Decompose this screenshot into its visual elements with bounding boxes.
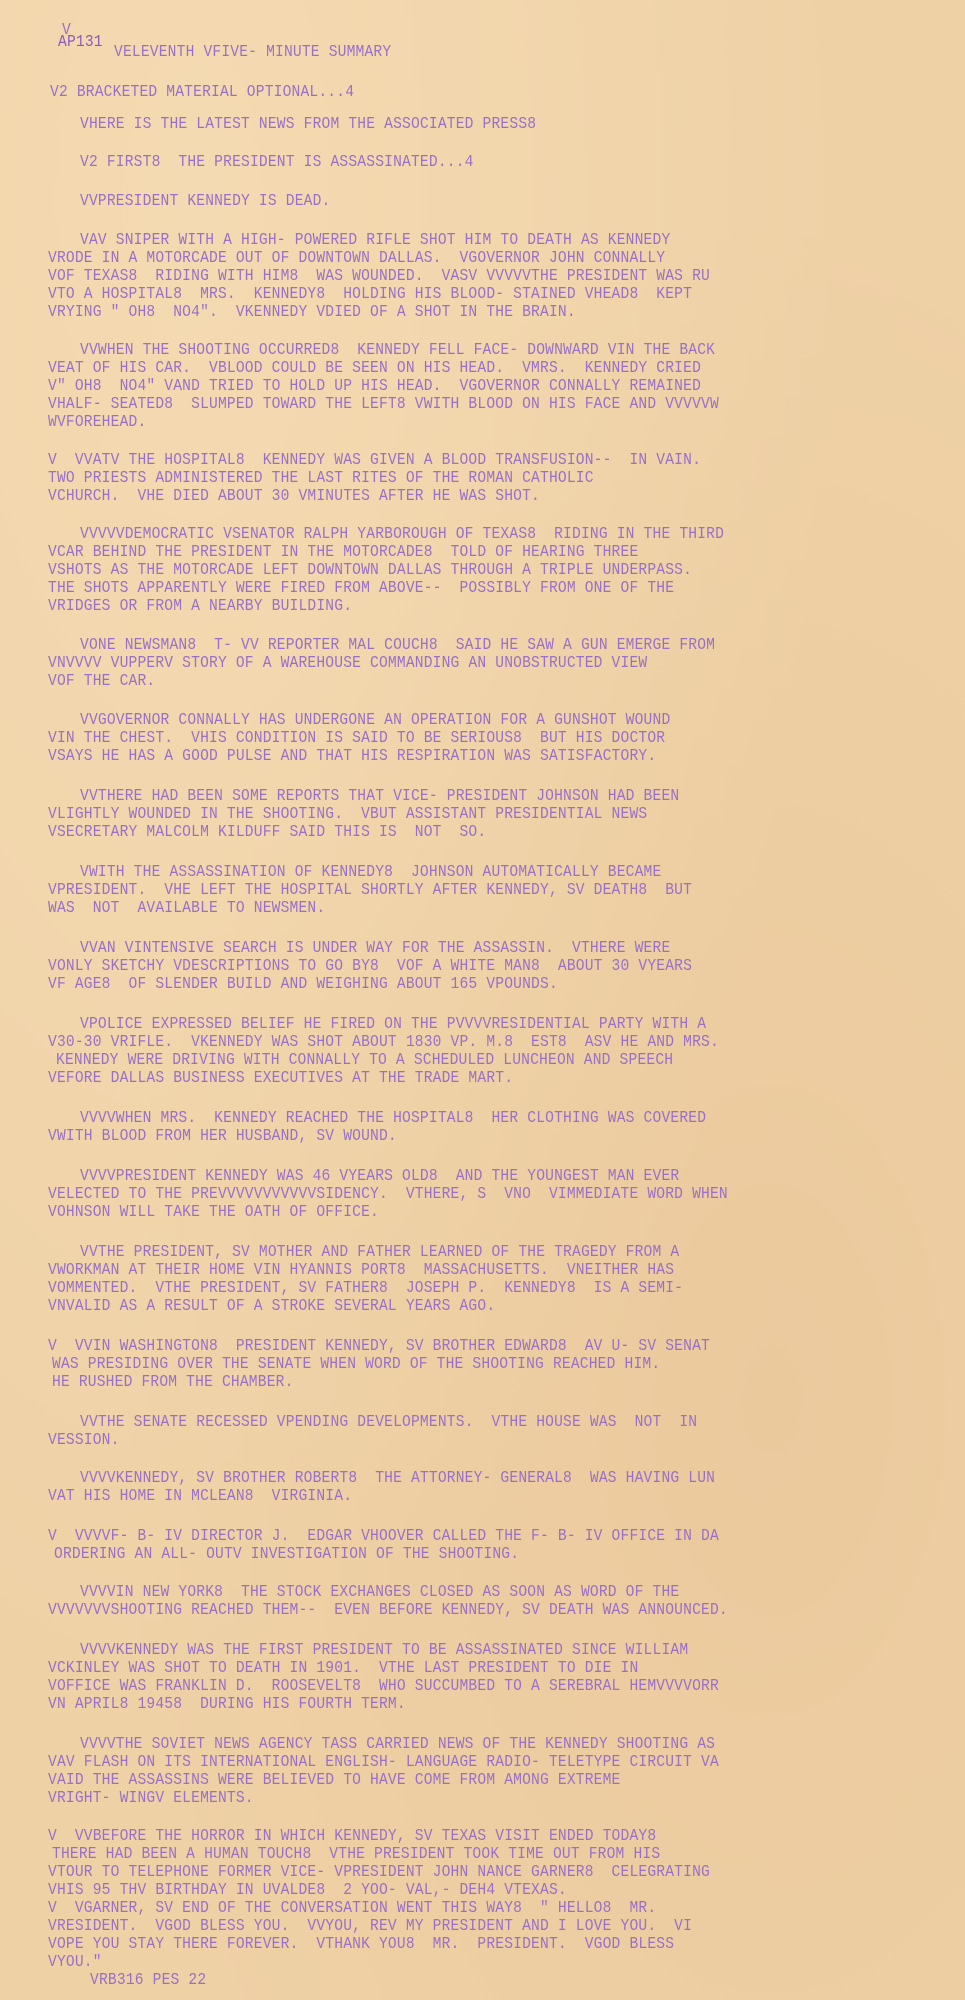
text-line: VHALF- SEATED8 SLUMPED TOWARD THE LEFT8 …	[48, 396, 719, 414]
text-line: VWORKMAN AT THEIR HOME VIN HYANNIS PORT8…	[48, 1262, 674, 1280]
text-line: VHERE IS THE LATEST NEWS FROM THE ASSOCI…	[80, 116, 536, 134]
text-line: VHIS 95 THV BIRTHDAY IN UVALDE8 2 YOO- V…	[48, 1882, 567, 1900]
text-line: VVVVTHE SOVIET NEWS AGENCY TASS CARRIED …	[80, 1736, 715, 1754]
text-line: VVGOVERNOR CONNALLY HAS UNDERGONE AN OPE…	[80, 712, 670, 730]
text-line: VWITH THE ASSASSINATION OF KENNEDY8 JOHN…	[80, 864, 661, 882]
text-line: VVVVKENNEDY WAS THE FIRST PRESIDENT TO B…	[80, 1642, 688, 1660]
text-line: THE SHOTS APPARENTLY WERE FIRED FROM ABO…	[48, 580, 674, 598]
text-line: VONLY SKETCHY VDESCRIPTIONS TO GO BY8 VO…	[48, 958, 692, 976]
text-line: VVTHE SENATE RECESSED VPENDING DEVELOPME…	[80, 1414, 697, 1432]
text-line: VWITH BLOOD FROM HER HUSBAND, SV WOUND.	[48, 1128, 397, 1146]
text-line: VTO A HOSPITAL8 MRS. KENNEDY8 HOLDING HI…	[48, 286, 692, 304]
text-line: WVFOREHEAD.	[48, 414, 146, 432]
text-line: V30-30 VRIFLE. VKENNEDY WAS SHOT ABOUT 1…	[48, 1034, 719, 1052]
text-line: HE RUSHED FROM THE CHAMBER.	[52, 1374, 294, 1392]
text-line: ORDERING AN ALL- OUTV INVESTIGATION OF T…	[54, 1546, 519, 1564]
text-line: VN APRIL8 19458 DURING HIS FOURTH TERM.	[48, 1696, 406, 1714]
text-line: VVVVIN NEW YORK8 THE STOCK EXCHANGES CLO…	[80, 1584, 679, 1602]
text-line: VELECTED TO THE PREVVVVVVVVVVVSIDENCY. V…	[48, 1186, 728, 1204]
text-line: VSHOTS AS THE MOTORCADE LEFT DOWNTOWN DA…	[48, 562, 692, 580]
text-line: VF AGE8 OF SLENDER BUILD AND WEIGHING AB…	[48, 976, 558, 994]
text-line: VVVVVDEMOCRATIC VSENATOR RALPH YARBOROUG…	[80, 526, 724, 544]
teletype-document: VAP131VELEVENTH VFIVE- MINUTE SUMMARYV2 …	[0, 0, 965, 2000]
text-line: VOF TEXAS8 RIDING WITH HIM8 WAS WOUNDED.…	[48, 268, 710, 286]
text-line: THERE HAD BEEN A HUMAN TOUCH8 VTHE PRESI…	[52, 1846, 660, 1864]
text-line: VVWHEN THE SHOOTING OCCURRED8 KENNEDY FE…	[80, 342, 715, 360]
text-line: VRYING " OH8 NO4". VKENNEDY VDIED OF A S…	[48, 304, 576, 322]
text-line: VVTHERE HAD BEEN SOME REPORTS THAT VICE-…	[80, 788, 679, 806]
text-line: WAS PRESIDING OVER THE SENATE WHEN WORD …	[52, 1356, 660, 1374]
text-line: VOPE YOU STAY THERE FOREVER. VTHANK YOU8…	[48, 1936, 674, 1954]
text-line: VOFFICE WAS FRANKLIN D. ROOSEVELT8 WHO S…	[48, 1678, 719, 1696]
text-line: VNVVVV VUPPERV STORY OF A WAREHOUSE COMM…	[48, 655, 647, 673]
text-line: VRB316 PES 22	[90, 1972, 206, 1990]
text-line: VVVVWHEN MRS. KENNEDY REACHED THE HOSPIT…	[80, 1110, 706, 1128]
text-line: VCHURCH. VHE DIED ABOUT 30 VMINUTES AFTE…	[48, 488, 540, 506]
text-line: VRIDGES OR FROM A NEARBY BUILDING.	[48, 598, 352, 616]
text-line: VAID THE ASSASSINS WERE BELIEVED TO HAVE…	[48, 1772, 621, 1790]
text-line: VVVVKENNEDY, SV BROTHER ROBERT8 THE ATTO…	[80, 1470, 715, 1488]
text-line: V VVATV THE HOSPITAL8 KENNEDY WAS GIVEN …	[48, 452, 701, 470]
text-line: VRODE IN A MOTORCADE OUT OF DOWNTOWN DAL…	[48, 250, 665, 268]
text-line: VAV SNIPER WITH A HIGH- POWERED RIFLE SH…	[80, 232, 670, 250]
text-line: VSAYS HE HAS A GOOD PULSE AND THAT HIS R…	[48, 748, 656, 766]
text-line: VOF THE CAR.	[48, 673, 155, 691]
text-line: VYOU."	[48, 1954, 102, 1972]
text-line: VPOLICE EXPRESSED BELIEF HE FIRED ON THE…	[80, 1016, 706, 1034]
text-line: VIN THE CHEST. VHIS CONDITION IS SAID TO…	[48, 730, 665, 748]
text-line: VLIGHTLY WOUNDED IN THE SHOOTING. VBUT A…	[48, 806, 647, 824]
text-line: VCAR BEHIND THE PRESIDENT IN THE MOTORCA…	[48, 544, 638, 562]
text-line: VEAT OF HIS CAR. VBLOOD COULD BE SEEN ON…	[48, 360, 701, 378]
text-line: VSECRETARY MALCOLM KILDUFF SAID THIS IS …	[48, 824, 486, 842]
text-line: V2 FIRST8 THE PRESIDENT IS ASSASSINATED.…	[80, 154, 474, 172]
text-line: VPRESIDENT. VHE LEFT THE HOSPITAL SHORTL…	[48, 882, 692, 900]
text-line: AP131	[58, 34, 103, 52]
text-line: V VVIN WASHINGTON8 PRESIDENT KENNEDY, SV…	[48, 1338, 710, 1356]
text-line: VESSION.	[48, 1432, 120, 1450]
text-line: VVVVPRESIDENT KENNEDY WAS 46 VYEARS OLD8…	[80, 1168, 679, 1186]
text-line: VAV FLASH ON ITS INTERNATIONAL ENGLISH- …	[48, 1754, 719, 1772]
text-line: VCKINLEY WAS SHOT TO DEATH IN 1901. VTHE…	[48, 1660, 638, 1678]
text-line: VONE NEWSMAN8 T- VV REPORTER MAL COUCH8 …	[80, 637, 715, 655]
text-line: VVAN VINTENSIVE SEARCH IS UNDER WAY FOR …	[80, 940, 670, 958]
text-line: VTOUR TO TELEPHONE FORMER VICE- VPRESIDE…	[48, 1864, 710, 1882]
text-line: WAS NOT AVAILABLE TO NEWSMEN.	[48, 900, 325, 918]
text-line: VELEVENTH VFIVE- MINUTE SUMMARY	[114, 44, 391, 62]
text-line: V VVVVF- B- IV DIRECTOR J. EDGAR VHOOVER…	[48, 1528, 719, 1546]
text-line: V VVBEFORE THE HORROR IN WHICH KENNEDY, …	[48, 1828, 656, 1846]
text-line: VEFORE DALLAS BUSINESS EXECUTIVES AT THE…	[48, 1070, 513, 1088]
text-line: V2 BRACKETED MATERIAL OPTIONAL...4	[50, 84, 354, 102]
text-line: VOHNSON WILL TAKE THE OATH OF OFFICE.	[48, 1204, 379, 1222]
text-line: V VGARNER, SV END OF THE CONVERSATION WE…	[48, 1900, 656, 1918]
text-line: VOMMENTED. VTHE PRESIDENT, SV FATHER8 JO…	[48, 1280, 683, 1298]
text-line: V" OH8 NO4" VAND TRIED TO HOLD UP HIS HE…	[48, 378, 701, 396]
text-line: KENNEDY WERE DRIVING WITH CONNALLY TO A …	[56, 1052, 673, 1070]
text-line: VVPRESIDENT KENNEDY IS DEAD.	[80, 193, 330, 211]
text-line: VNVALID AS A RESULT OF A STROKE SEVERAL …	[48, 1298, 495, 1316]
text-line: VVVVVVVSHOOTING REACHED THEM-- EVEN BEFO…	[48, 1602, 728, 1620]
text-line: VRESIDENT. VGOD BLESS YOU. VVYOU, REV MY…	[48, 1918, 692, 1936]
text-line: VAT HIS HOME IN MCLEAN8 VIRGINIA.	[48, 1488, 352, 1506]
text-line: VRIGHT- WINGV ELEMENTS.	[48, 1790, 254, 1808]
text-line: TWO PRIESTS ADMINISTERED THE LAST RITES …	[48, 470, 594, 488]
text-line: VVTHE PRESIDENT, SV MOTHER AND FATHER LE…	[80, 1244, 679, 1262]
